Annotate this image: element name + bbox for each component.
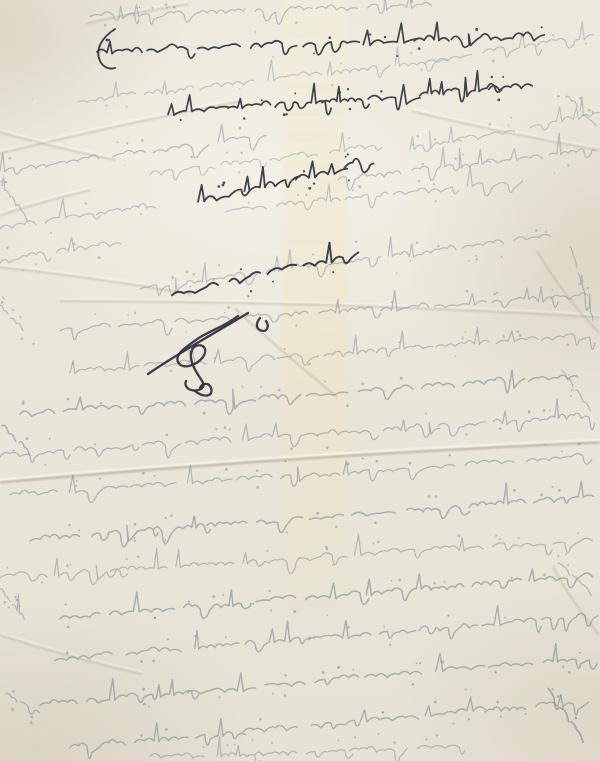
ink-speck [185, 331, 186, 332]
bleedthrough-line-dot [219, 696, 221, 698]
handwritten-line [97, 22, 544, 58]
bleedthrough-line-dot [340, 62, 342, 64]
bleedthrough-line-dot [225, 468, 228, 471]
bleedthrough-line-dot [374, 521, 377, 524]
bleedthrough-line-dot [22, 400, 24, 402]
bleedthrough-line-dot [434, 700, 437, 703]
bleedthrough-line-dot [100, 402, 103, 405]
bleedthrough-line-dot [454, 355, 456, 357]
bleedthrough-line-dot [389, 644, 391, 646]
bleedthrough-line-dot [416, 662, 418, 664]
bleedthrough-line-dot [375, 460, 378, 463]
bleedthrough-line-dot [125, 105, 127, 107]
bleedthrough-line-dot [322, 671, 325, 674]
handwritten-line [172, 243, 358, 296]
bleedthrough-line-dot [48, 438, 50, 440]
bleedthrough-line-dot [134, 312, 136, 314]
crease-line [0, 442, 600, 482]
bleedthrough-line-dot [290, 447, 293, 450]
bleedthrough-line-dot [331, 84, 334, 87]
bleedthrough-line-dot [377, 541, 380, 544]
bleedthrough-line-dot [259, 718, 261, 720]
bleedthrough-line [150, 737, 465, 761]
bleedthrough-line-dot [513, 489, 516, 492]
ink-speck [165, 539, 167, 541]
bleedthrough-line-dot [6, 246, 9, 249]
bleedthrough-line-dot [140, 660, 143, 663]
bleedthrough-line-dot [76, 480, 78, 482]
bleedthrough-line-dot [543, 574, 546, 577]
edge-mark-dot [5, 181, 8, 184]
bleedthrough-line-dot [133, 523, 136, 526]
bleedthrough-line-dot [134, 540, 136, 542]
crease-line [0, 267, 192, 294]
bleedthrough-line-dot [308, 363, 311, 366]
bleedthrough-line-dot [398, 579, 401, 582]
edge-mark-dot [12, 690, 15, 693]
bleedthrough-line-dot [466, 290, 469, 293]
bleedthrough-line [0, 535, 592, 585]
crease-line [0, 101, 240, 153]
bleedthrough-line-dot [347, 462, 350, 465]
bleedthrough-line-dot [312, 253, 314, 255]
handwritten-line-dot [308, 187, 311, 190]
bleedthrough-line [70, 695, 589, 758]
bleedthrough-line-dot [140, 213, 142, 215]
bleedthrough-line-dot [348, 137, 350, 139]
handwritten-line-dot [250, 290, 252, 292]
edge-mark [566, 96, 596, 126]
bleedthrough-line-dot [448, 454, 450, 456]
bleedthrough-line-dot [420, 68, 422, 70]
handwritten-line-dot [491, 76, 493, 78]
bleedthrough-line-dot [337, 666, 340, 669]
bleedthrough-line [0, 199, 155, 229]
bleedthrough-line-dot [326, 548, 328, 550]
ink-scribble [177, 316, 238, 391]
ink-speck [254, 31, 256, 33]
bleedthrough-line-dot [94, 443, 96, 445]
ink-speck [355, 241, 357, 243]
bleedthrough-line [55, 606, 598, 661]
bleedthrough-line-dot [286, 531, 288, 533]
bleedthrough-line-dot [383, 626, 385, 628]
edge-mark-dot [30, 715, 33, 718]
bleedthrough-line-dot [418, 180, 421, 183]
edge-mark-dot [588, 109, 591, 112]
bleedthrough-line [225, 167, 523, 213]
bleedthrough-line-dot [266, 550, 268, 552]
bleedthrough-line-dot [525, 713, 527, 715]
bleedthrough-line-dot [468, 718, 470, 720]
bleedthrough-line-dot [226, 152, 228, 154]
bleedthrough-line-dot [425, 413, 427, 415]
crease-line [0, 188, 90, 213]
edge-mark-dot [579, 97, 582, 100]
bleedthrough-line-dot [535, 229, 538, 232]
bleedthrough-line-dot [578, 442, 581, 445]
ink-speck [545, 444, 547, 446]
crease-line [537, 251, 599, 333]
bleedthrough-line-dot [171, 276, 174, 279]
bleedthrough-line-dot [495, 535, 497, 537]
crease-line [0, 130, 116, 158]
bleedthrough-line-dot [359, 185, 362, 188]
bleedthrough-line-dot [411, 0, 414, 3]
edge-mark-dot [2, 296, 4, 298]
bleedthrough-line-dot [511, 577, 513, 579]
bleedthrough-line-dot [496, 292, 498, 294]
handwritten-line-dot [243, 117, 246, 120]
bleedthrough-line-dot [378, 733, 380, 735]
bleedthrough-line-dot [346, 404, 349, 407]
bleedthrough-line-dot [416, 241, 419, 244]
ink-speck [468, 260, 470, 262]
bleedthrough-line-dot [510, 117, 512, 119]
bleedthrough-line-dot [6, 567, 8, 569]
bleedthrough-line-dot [462, 154, 464, 156]
bleedthrough-line-dot [465, 433, 467, 435]
edge-mark-dot [30, 721, 33, 724]
edge-mark-dot [14, 596, 17, 599]
bleedthrough-line-dot [170, 370, 172, 372]
edge-mark-dot [557, 555, 559, 557]
bleedthrough-line-dot [492, 60, 495, 63]
edge-mark-dot [3, 298, 5, 300]
bleedthrough-line-dot [577, 532, 579, 534]
bleedthrough-line-dot [105, 104, 107, 106]
edge-mark [0, 589, 24, 619]
edge-mark-dot [8, 606, 10, 608]
handwritten-line-dot [369, 33, 371, 35]
bleedthrough-line-dot [543, 409, 546, 412]
bleedthrough-line-dot [457, 534, 460, 537]
bleedthrough-line-dot [549, 409, 551, 411]
bleedthrough-line-dot [361, 382, 364, 385]
bleedthrough-line-dot [354, 736, 356, 738]
bleedthrough-line-dot [222, 594, 224, 596]
bleedthrough-line [30, 481, 593, 546]
bleedthrough-line-dot [68, 524, 70, 526]
ink-speck [32, 99, 33, 100]
handwritten-line-dot [349, 108, 352, 111]
bleedthrough-line-dot [270, 609, 272, 611]
handwritten-line-dot [380, 90, 382, 92]
bleedthrough-line-dot [416, 135, 419, 138]
ink-speck [585, 43, 586, 44]
bleedthrough-line-dot [305, 194, 307, 196]
ink-speck [273, 56, 274, 57]
bleedthrough-line-dot [434, 200, 436, 202]
bleedthrough-line-dot [545, 231, 547, 233]
ink-speck [224, 312, 226, 314]
bleedthrough-line-dot [493, 293, 496, 296]
bleedthrough-line-dot [422, 163, 425, 166]
bleedthrough-line-dot [67, 398, 70, 401]
bleedthrough-line-dot [579, 652, 581, 654]
bleedthrough-line-dot [256, 469, 259, 472]
bleedthrough-line-dot [567, 564, 569, 566]
bleedthrough-line-dot [50, 232, 52, 234]
ink-speck [247, 295, 249, 297]
bleedthrough-line-dot [433, 183, 435, 185]
bleedthrough-line-dot [453, 723, 455, 725]
bleedthrough-line-dot [202, 746, 204, 748]
bleedthrough-line [20, 370, 578, 416]
bleedthrough-line-dot [269, 590, 271, 592]
ink-speck [154, 617, 156, 619]
bleedthrough-line-dot [133, 537, 135, 539]
bleedthrough-line-dot [332, 564, 334, 566]
handwritten-line-dot [222, 181, 225, 184]
handwritten-line-dot [108, 39, 110, 41]
handwritten-line-dot [347, 88, 349, 90]
bleedthrough-line [60, 569, 593, 619]
bleedthrough-line [140, 235, 551, 296]
bleedthrough-line-dot [568, 671, 571, 674]
edge-mark-dot [557, 695, 560, 698]
edge-mark-dot [570, 395, 572, 397]
handwritten-line-dot [345, 156, 347, 158]
bleedthrough-line-dot [165, 433, 168, 436]
bleedthrough-line-dot [44, 464, 46, 466]
bleedthrough-line [0, 124, 266, 174]
edge-mark-dot [13, 449, 15, 451]
bleedthrough-line-dot [142, 688, 145, 691]
bleedthrough-line-dot [475, 255, 477, 257]
bleedthrough-line-dot [69, 563, 71, 565]
handwritten-line-dot [347, 153, 349, 155]
bleedthrough-line-dot [352, 189, 354, 191]
edge-mark [570, 247, 593, 321]
bleedthrough-line-dot [223, 426, 226, 429]
bleedthrough-line-dot [212, 595, 215, 598]
bleedthrough-line-dot [552, 289, 554, 291]
bleedthrough-line-dot [165, 3, 168, 6]
bleedthrough-line-dot [271, 742, 273, 744]
handwritten-line-dot [418, 47, 421, 50]
bleedthrough-line-dot [193, 517, 195, 519]
bleedthrough-line-dot [152, 660, 155, 663]
ink-speck [553, 172, 555, 174]
bleedthrough-line-dot [519, 334, 522, 337]
bleedthrough-line-dot [127, 314, 129, 316]
handwritten-line-dot [294, 93, 296, 95]
bleedthrough-line-dot [41, 581, 43, 583]
bleedthrough-line-dot [65, 603, 67, 605]
bleedthrough-line-dot [501, 256, 503, 258]
ink-speck [571, 389, 573, 391]
edge-mark [2, 425, 30, 455]
bleedthrough-line-dot [272, 693, 274, 695]
ink-speck [173, 6, 175, 8]
bleedthrough-line-dot [22, 269, 24, 271]
bleedthrough-line-dot [503, 335, 505, 337]
handwritten-line-dot [272, 281, 274, 283]
ink-speck [213, 357, 215, 359]
bleedthrough-line-dot [75, 485, 77, 487]
bleedthrough-line-dot [126, 142, 128, 144]
ink-speck [124, 165, 125, 166]
bleedthrough-line-dot [362, 457, 364, 459]
bleedthrough-line-dot [225, 636, 227, 638]
bleedthrough-line-dot [412, 143, 414, 145]
bleedthrough-line-dot [565, 553, 567, 555]
bleedthrough-line-dot [540, 493, 543, 496]
handwritten-line-dot [332, 271, 334, 273]
edge-mark-dot [12, 309, 14, 311]
bleedthrough-line-dot [166, 7, 168, 9]
bleedthrough-line-dot [496, 701, 499, 704]
ink-speck [190, 286, 191, 287]
bleedthrough-line-dot [240, 152, 242, 154]
bleedthrough-line-dot [516, 330, 519, 333]
bleedthrough-line-dot [552, 486, 554, 488]
handwritten-line-dot [283, 113, 286, 116]
bleedthrough-line-dot [137, 555, 140, 558]
handwritten-line-dot [384, 36, 386, 38]
bleedthrough-line-dot [278, 389, 281, 392]
bleedthrough-line-dot [504, 617, 506, 619]
ink-speck [139, 7, 140, 8]
edge-mark-dot [3, 601, 6, 604]
bleedthrough-line-dot [203, 412, 206, 415]
bleedthrough-line-dot [347, 626, 349, 628]
bleedthrough-line-dot [165, 728, 168, 731]
handwritten-line-dot [261, 99, 263, 101]
edge-mark-dot [19, 316, 21, 318]
ink-speck [239, 88, 240, 89]
handwritten-line-dot [286, 113, 288, 115]
bleedthrough-line-dot [400, 377, 403, 380]
bleedthrough-line-dot [99, 478, 101, 480]
bleedthrough-line-dot [335, 526, 337, 528]
bleedthrough-line-dot [410, 52, 413, 55]
bleedthrough-line-dot [399, 341, 401, 343]
bleedthrough-line-dot [194, 635, 196, 637]
bleedthrough-line-dot [227, 306, 230, 309]
bleedthrough-line [425, 22, 594, 64]
handwritten-line-dot [502, 76, 504, 78]
bleedthrough-line [0, 237, 121, 263]
bleedthrough-line-dot [66, 651, 69, 654]
bleedthrough-line-dot [567, 164, 569, 166]
bleedthrough-line-dot [562, 665, 564, 667]
bleedthrough-line-dot [67, 626, 69, 628]
bleedthrough-line-dot [248, 202, 250, 204]
bleedthrough-line-dot [284, 348, 286, 350]
bleedthrough-line-dot [284, 694, 287, 697]
handwritten-line-dot [541, 26, 543, 28]
bleedthrough-line-dot [337, 739, 339, 741]
bleedthrough-line-dot [295, 21, 298, 24]
bleedthrough-line-dot [326, 446, 329, 449]
crease-line [0, 190, 90, 215]
bleedthrough-line-dot [98, 256, 101, 259]
bleedthrough-line-dot [434, 138, 436, 140]
ink-speck [32, 343, 34, 345]
bleedthrough-line-dot [447, 615, 449, 617]
bleedthrough-line-dot [316, 512, 319, 515]
bleedthrough-line-dot [462, 337, 464, 339]
bleedthrough-line-dot [73, 243, 76, 246]
bleedthrough-line-dot [552, 34, 554, 36]
bleedthrough-line-dot [561, 450, 563, 452]
bleedthrough-line-dot [215, 428, 217, 430]
bleedthrough-line-dot [373, 543, 375, 545]
edge-mark-dot [575, 717, 578, 720]
bleedthrough-line-dot [66, 564, 69, 567]
bleedthrough-line-dot [284, 674, 286, 676]
ink-speck [465, 688, 467, 690]
bleedthrough-line-dot [528, 410, 531, 413]
crease-line [0, 633, 142, 672]
ink-speck [557, 95, 559, 97]
bleedthrough-line-dot [436, 734, 439, 737]
edge-mark [548, 689, 583, 743]
handwritten-line-dot [339, 91, 341, 93]
bleedthrough-line-dot [425, 738, 427, 740]
bleedthrough-line-dot [428, 495, 431, 498]
bleedthrough-line-dot [455, 157, 458, 160]
bleedthrough-line-dot [78, 529, 80, 531]
bleedthrough-line-dot [410, 260, 412, 262]
bleedthrough-line-dot [297, 194, 299, 196]
handwritten-line-dot [328, 36, 331, 39]
edge-mark [6, 693, 39, 714]
bleedthrough-line-dot [94, 313, 96, 315]
bleedthrough-line-dot [435, 495, 438, 498]
crease-line [412, 109, 600, 148]
edge-mark-dot [15, 599, 18, 602]
bleedthrough-line-dot [476, 258, 478, 260]
bleedthrough-line-dot [234, 744, 236, 746]
ink-speck [433, 582, 435, 584]
handwritten-line-dot [475, 28, 478, 31]
bleedthrough-line-dot [293, 610, 296, 613]
bleedthrough-line [70, 328, 595, 374]
edge-mark-dot [21, 337, 24, 340]
ink-speck [285, 460, 286, 461]
ink-speck [326, 614, 328, 616]
bleedthrough-line-dot [295, 325, 297, 327]
handwritten-line-dot [313, 182, 315, 184]
ink-speck [495, 671, 497, 673]
bleedthrough-line-dot [391, 301, 393, 303]
bleedthrough-line-dot [324, 380, 326, 382]
bleedthrough-line-dot [464, 331, 466, 333]
bleedthrough-line-dot [167, 638, 169, 640]
bleedthrough-line [0, 399, 595, 462]
bleedthrough-line-dot [391, 580, 393, 582]
bleedthrough-line-dot [238, 127, 241, 130]
bleedthrough-line-dot [143, 703, 146, 706]
bleedthrough-line-dot [518, 537, 520, 539]
bleedthrough-line-dot [142, 472, 145, 475]
edge-mark-dot [560, 695, 562, 697]
bleedthrough-line-dot [508, 125, 510, 127]
handwritten-line-dot [180, 119, 182, 121]
bleedthrough-line-dot [252, 739, 254, 741]
bleedthrough-line-dot [443, 581, 445, 583]
scanned-letter-page [0, 0, 600, 761]
bleedthrough-line-dot [229, 428, 231, 430]
bleedthrough-line-dot [9, 157, 12, 160]
ink-speck [382, 711, 384, 713]
bleedthrough-line-dot [125, 558, 127, 560]
ink-speck [396, 272, 397, 273]
ink-speck [243, 8, 245, 10]
